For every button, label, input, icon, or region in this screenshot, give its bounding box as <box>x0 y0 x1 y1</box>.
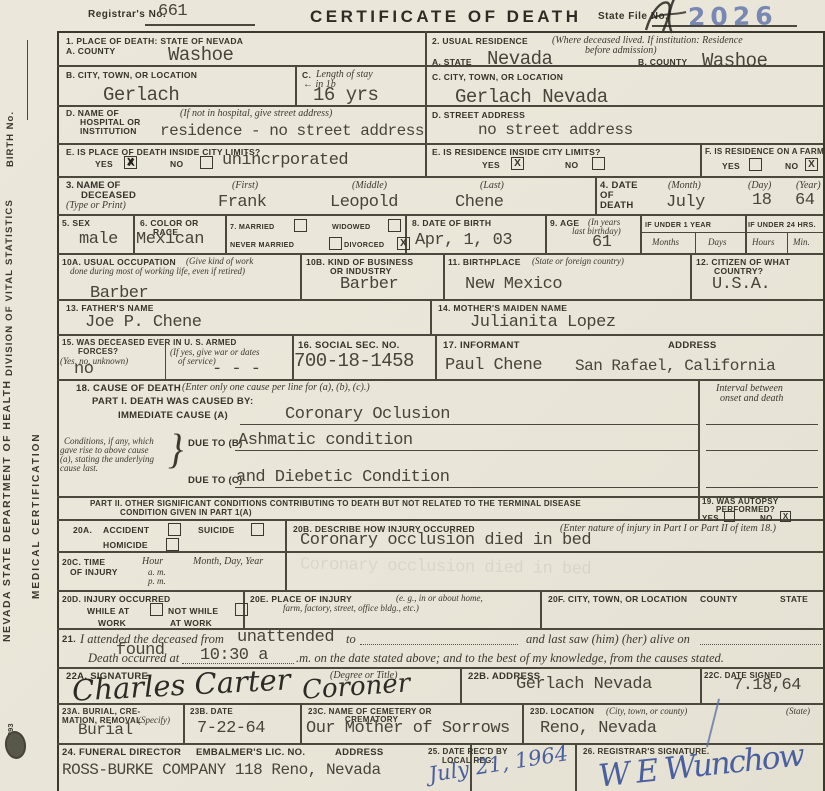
autopsy-yes-label: YES <box>702 514 719 523</box>
divider <box>787 232 788 253</box>
due-to-b-label: DUE TO (B) <box>188 438 243 449</box>
burial-value: Burial <box>78 721 133 739</box>
rule <box>57 379 823 381</box>
divider <box>183 703 185 743</box>
date-of-birth-label: 8. DATE OF BIRTH <box>412 218 491 228</box>
armed-forces-label: 15. WAS DECEASED EVER IN U. S. ARMED <box>62 338 237 347</box>
burial-location-hint: (City, town, or county) <box>606 706 687 716</box>
rule <box>57 628 823 630</box>
farm-yes-label: YES <box>722 161 740 171</box>
suicide-label: SUICIDE <box>198 525 235 535</box>
war-dates-value: - - - <box>212 360 261 379</box>
occupation-value: Barber <box>90 284 148 303</box>
usual-residence-title: 2. USUAL RESIDENCE <box>432 36 528 46</box>
registrar-no-underline <box>145 24 255 26</box>
burial-date-label: 23B. DATE <box>190 707 233 716</box>
informant-label: 17. INFORMANT <box>443 340 520 351</box>
residence-state-value: Nevada <box>487 48 552 70</box>
conditions-brace: } <box>168 426 183 474</box>
funeral-director-value: ROSS-BURKE COMPANY 118 Reno, Nevada <box>62 761 381 779</box>
divider <box>285 519 287 590</box>
divider <box>700 667 702 703</box>
suicide-checkbox <box>251 523 264 536</box>
length-of-stay-value: 16 yrs <box>313 84 378 106</box>
residence-county-value: Washoe <box>702 50 767 72</box>
attended-to-label: to <box>346 632 356 647</box>
residence-city-limits-yes-checkbox: X <box>511 157 524 170</box>
autopsy-no-checkbox: X <box>780 511 791 522</box>
married-checkbox <box>294 219 307 232</box>
divider <box>425 31 427 176</box>
cause-c-line <box>235 487 698 488</box>
cause-a-value: Coronary Oclusion <box>285 405 450 424</box>
divider <box>522 703 524 743</box>
hours-label: Hours <box>752 237 775 247</box>
birth-no-blank-line <box>27 40 28 120</box>
name-hint: (Type or Print) <box>66 200 126 211</box>
interval-line-c <box>706 487 818 488</box>
citizen-value: U.S.A. <box>712 275 770 294</box>
burial-location-label: 23D. LOCATION <box>530 707 594 716</box>
state-seal-stamp <box>3 730 28 761</box>
cause-c-value: and Diebetic Condition <box>236 468 449 487</box>
divider <box>640 214 642 253</box>
rule <box>57 334 823 336</box>
city-town-value: Gerlach <box>103 84 179 106</box>
hospital-hint: (If not in hospital, give street address… <box>180 108 332 119</box>
department-label: NEVADA STATE DEPARTMENT OF HEALTH <box>1 380 13 642</box>
hour-label: Hour <box>142 556 163 567</box>
widowed-checkbox <box>388 219 401 232</box>
hospital-value: residence - no street address <box>160 122 424 140</box>
division-label: DIVISION OF VITAL STATISTICS <box>4 199 15 376</box>
divider <box>700 143 702 176</box>
month-hint: (Month) <box>668 180 701 191</box>
homicide-label: HOMICIDE <box>103 540 148 550</box>
age-value: 61 <box>592 233 611 252</box>
certificate-title: CERTIFICATE OF DEATH <box>310 7 581 27</box>
injury-state-label: STATE <box>780 594 808 604</box>
cause-of-death-label: 18. CAUSE OF DEATH <box>76 383 181 394</box>
ssn-value: 700-18-1458 <box>294 350 414 372</box>
married-label: 7. MARRIED <box>230 222 275 231</box>
death-certificate-document: BIRTH No. DIVISION OF VITAL STATISTICS N… <box>0 0 825 791</box>
interval-line-b <box>706 450 818 451</box>
death-occurred-text2: .m. on the date stated above; and to the… <box>296 651 724 666</box>
divider <box>443 253 445 299</box>
cause-of-death-hint: (Enter only one cause per line for (a), … <box>182 382 370 393</box>
autopsy-no-label: NO <box>760 514 773 523</box>
widowed-label: WIDOWED <box>332 222 370 231</box>
day-hint: (Day) <box>748 180 771 191</box>
county-value: Washoe <box>168 44 233 66</box>
funeral-director-label: 24. FUNERAL DIRECTOR <box>62 747 181 758</box>
last-hint: (Last) <box>480 180 504 191</box>
time-of-injury-label: 20C. TIME <box>62 557 105 567</box>
form-code: VS 2—20M—8-59 <box>0 729 2 790</box>
not-while-checkbox <box>235 603 248 616</box>
attended-num: 21. <box>62 634 76 645</box>
registrar-no-value: 661 <box>158 2 187 21</box>
last-saw-text: and last saw (him) (her) alive on <box>526 632 690 647</box>
mother-name-value: Julianita Lopez <box>470 313 616 332</box>
residence-city-label: C. CITY, TOWN, OR LOCATION <box>432 72 563 82</box>
date-of-birth-value: Apr, 1, 03 <box>415 231 512 250</box>
residence-city-limits-no-label: NO <box>565 160 578 170</box>
certifier-address-value: Gerlach Nevada <box>516 675 652 694</box>
homicide-checkbox <box>166 538 179 551</box>
last-saw-blank <box>700 644 821 645</box>
death-year-value: 64 <box>795 191 814 210</box>
cause-b-line <box>235 450 698 451</box>
county-label: A. COUNTY <box>66 46 115 56</box>
father-name-label: 13. FATHER'S NAME <box>66 303 154 313</box>
street-address-value: no street address <box>478 121 633 139</box>
last-name-value: Chene <box>455 193 504 212</box>
divider <box>133 214 135 253</box>
rule <box>57 214 823 216</box>
rule <box>57 253 823 255</box>
residence-city-limits-label: E. IS RESIDENCE INSIDE CITY LIMITS? <box>432 147 601 157</box>
immediate-cause-label: IMMEDIATE CAUSE (A) <box>118 410 228 421</box>
pm-label: p. m. <box>148 576 166 586</box>
death-time-value: 10:30 a <box>200 646 268 665</box>
manner-label: 20A. <box>73 525 92 535</box>
middle-hint: (Middle) <box>352 180 387 191</box>
medical-certification-label: MEDICAL CERTIFICATION <box>31 432 42 599</box>
describe-injury-hint: (Enter nature of injury in Part I or Par… <box>560 523 776 534</box>
never-married-checkbox <box>329 237 342 250</box>
divider <box>300 253 302 299</box>
rule <box>57 590 823 592</box>
residence-state-label: A. STATE <box>432 57 472 67</box>
rule <box>640 232 823 233</box>
attended-from-value: unattended <box>237 628 334 647</box>
rule <box>57 299 823 301</box>
business-value: Barber <box>340 275 398 294</box>
divider <box>545 214 547 253</box>
armed-forces-label2: FORCES? <box>78 347 118 356</box>
date-of-death-label3: DEATH <box>600 200 634 211</box>
divorced-label: DIVORCED <box>344 240 384 249</box>
divider <box>595 176 597 214</box>
residence-city-limits-yes-label: YES <box>482 160 500 170</box>
funeral-address-label: ADDRESS <box>335 747 384 758</box>
war-dates-hint2: of service) <box>178 356 216 366</box>
farm-yes-checkbox <box>749 158 762 171</box>
registrar-no-label: Registrar's No. <box>88 9 166 20</box>
mother-name-label: 14. MOTHER'S MAIDEN NAME <box>438 303 567 313</box>
under-1-year-label: IF UNDER 1 YEAR <box>645 220 711 229</box>
place-of-injury-hint: (e. g., in or about home, <box>396 593 483 603</box>
under-24-hrs-label: IF UNDER 24 HRS. <box>748 220 816 229</box>
while-at-checkbox <box>150 603 163 616</box>
divider <box>295 65 297 105</box>
birthplace-hint: (State or foreign country) <box>532 256 624 266</box>
cemetery-value: Our Mother of Sorrows <box>306 719 510 738</box>
rule <box>57 703 823 705</box>
attended-to-blank <box>360 644 518 645</box>
divorced-checkbox: X <box>397 237 410 250</box>
cause-a-line <box>240 424 698 425</box>
min-label: Min. <box>793 237 810 247</box>
death-city-limits-no-checkbox <box>200 156 213 169</box>
unincorporated-value: unincrporated <box>222 151 348 170</box>
divider <box>300 703 302 743</box>
farm-no-label: NO <box>785 161 798 171</box>
informant-address-label: ADDRESS <box>668 340 717 351</box>
burial-label: 23A. BURIAL, CRE- <box>62 707 140 716</box>
divider <box>690 253 692 299</box>
divider <box>745 214 747 253</box>
divider <box>435 334 437 379</box>
death-city-limits-yes-label: YES <box>95 159 113 169</box>
farm-label: F. IS RESIDENCE ON A FARM? <box>705 147 825 156</box>
death-city-limits-no-label: NO <box>170 159 183 169</box>
divider <box>430 299 432 334</box>
part1-label: PART I. DEATH WAS CAUSED BY: <box>92 396 253 407</box>
never-married-label: NEVER MARRIED <box>230 240 294 249</box>
residence-city-limits-no-checkbox <box>592 157 605 170</box>
birth-no-label: BIRTH No. <box>5 111 16 167</box>
divider <box>225 214 227 253</box>
rule <box>57 143 823 145</box>
occupation-hint2: done during most of working life, even i… <box>70 266 245 276</box>
conditions-hint4: cause last. <box>60 463 98 473</box>
death-day-value: 18 <box>752 191 771 210</box>
due-to-c-label: DUE TO (C) <box>188 475 243 486</box>
residence-city-value: Gerlach Nevada <box>455 86 608 108</box>
burial-state-hint: (State) <box>786 706 810 716</box>
at-work-label: AT WORK <box>170 618 212 628</box>
interval-line-a <box>706 424 818 425</box>
months-label: Months <box>652 237 679 247</box>
divider <box>575 743 577 791</box>
usual-residence-hint2: before admission) <box>585 45 657 56</box>
sex-value: male <box>79 230 118 249</box>
divider <box>540 590 542 628</box>
burial-hint: (Specify) <box>138 715 170 725</box>
sex-label: 5. SEX <box>62 218 90 228</box>
birthplace-label: 11. BIRTHPLACE <box>448 257 521 267</box>
divider <box>695 232 696 253</box>
days-label: Days <box>708 237 727 247</box>
birthplace-value: New Mexico <box>465 275 562 294</box>
armed-forces-hint: (Yes, no, unknown) <box>60 356 128 366</box>
cause-b-value: Ashmatic condition <box>238 431 413 450</box>
injury-city-label: 20F. CITY, TOWN, OR LOCATION <box>548 594 687 604</box>
injury-county-label: COUNTY <box>700 594 738 604</box>
describe-injury-value: Coronary occlusion died in bed <box>300 531 591 550</box>
work-label: WORK <box>98 618 126 628</box>
handwritten-mark <box>622 0 708 34</box>
not-while-label: NOT WHILE <box>168 606 218 616</box>
middle-name-value: Leopold <box>330 193 398 212</box>
father-name-value: Joe P. Chene <box>85 313 201 332</box>
while-at-label: WHILE AT <box>87 606 130 616</box>
death-occurred-text: Death occurred at <box>88 651 179 666</box>
autopsy-yes-checkbox <box>724 511 735 522</box>
burial-date-value: 7-22-64 <box>197 719 265 738</box>
interval-label2: onset and death <box>720 393 783 404</box>
informant-value: Paul Chene <box>445 356 542 375</box>
death-city-limits-yes-checkbox: X <box>124 156 137 169</box>
accident-checkbox <box>168 523 181 536</box>
month-day-year-label: Month, Day, Year <box>193 556 263 567</box>
part2-label: PART II. OTHER SIGNIFICANT CONDITIONS CO… <box>90 499 581 508</box>
informant-address-value: San Rafael, California <box>575 357 775 375</box>
farm-no-checkbox: X <box>805 158 818 171</box>
rule <box>57 551 823 553</box>
first-name-value: Frank <box>218 193 267 212</box>
city-town-label: B. CITY, TOWN, OR LOCATION <box>66 70 197 80</box>
accident-label: ACCIDENT <box>103 525 149 535</box>
time-of-injury-label2: OF INJURY <box>70 567 118 577</box>
date-signed-value: 7.18,64 <box>733 676 801 695</box>
street-address-label: D. STREET ADDRESS <box>432 110 525 120</box>
race-value: Mexican <box>136 230 204 249</box>
part2-label2: CONDITION GIVEN IN PART 1(A) <box>120 508 252 517</box>
burial-location-value: Reno, Nevada <box>540 719 656 738</box>
occupation-hint: (Give kind of work <box>186 256 253 266</box>
armed-forces-value: no <box>74 360 93 379</box>
rule <box>57 176 823 178</box>
divider <box>460 667 462 703</box>
first-hint: (First) <box>232 180 258 191</box>
death-month-value: July <box>666 193 705 212</box>
hospital-label3: INSTITUTION <box>80 126 137 136</box>
place-of-injury-hint2: farm, factory, street, office bldg., etc… <box>283 603 419 613</box>
divider <box>698 379 700 519</box>
year-hint: (Year) <box>796 180 821 191</box>
embalmer-lic-label: EMBALMER'S LIC. NO. <box>196 747 305 758</box>
residence-county-label: B. COUNTY <box>638 57 687 67</box>
